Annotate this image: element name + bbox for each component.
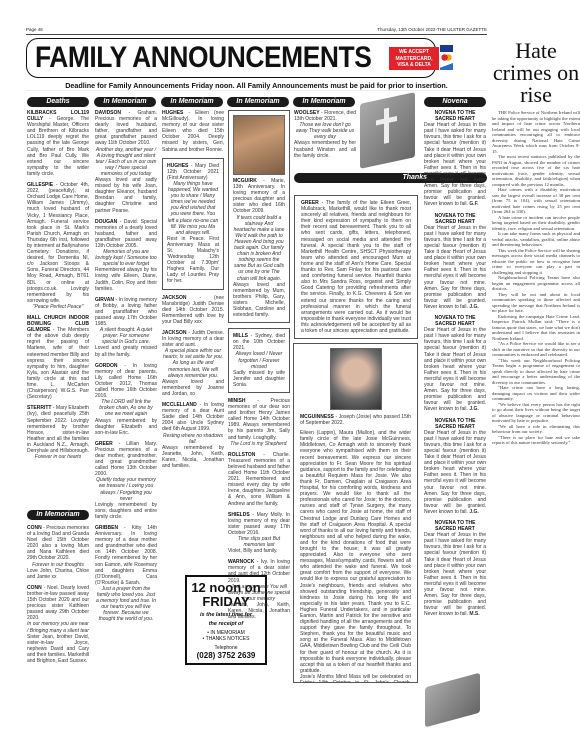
notice: WOOLSEY - Florence, died 13th October 20… (294, 110, 356, 159)
notice: CONN - Noel. Dearly loved brother-in-law… (27, 585, 89, 664)
novena-prayer: NOVENA TO THE SACRED HEARTDear Heart of … (424, 520, 486, 618)
news-paragraph: "As a Police Service we would like to se… (492, 341, 580, 358)
cross-icon (384, 108, 389, 144)
news-paragraph: The most recent statistics published by … (492, 154, 580, 187)
boxed-notice: MCGUIRK - Marie, 13th Anniversary. In lo… (228, 110, 290, 323)
section-header-novena: Novena (424, 97, 486, 107)
deaths-column: KILBRACKS LOL119 CULLY - George. The Wor… (27, 110, 89, 465)
news-paragraph: Neighbourhood Policing Teams have also b… (492, 275, 580, 292)
news-paragraph: Hate crimes with a disability motivation… (492, 187, 580, 215)
news-paragraph: A hate crime or incident can involve peo… (492, 215, 580, 232)
news-paragraph: This week the Police Service will be sha… (492, 248, 580, 276)
notice: WARNOCK - Ivy. In loving memory of a dea… (228, 559, 290, 620)
news-paragraph: "Hate crime can have a long lasting, dam… (492, 385, 580, 402)
card-accept-badge: WE ACCEPT MASTERCARD, VISA & DELTA (389, 47, 439, 70)
notice: JACKSON - (nee Mansbridge) Judith Denise… (162, 295, 224, 325)
novena-prayer: NOVENA TO THE SACRED HEARTDear Heart of … (424, 418, 486, 516)
news-headline: Hate crimes on rise (492, 40, 580, 106)
notice: GIRVAN - In loving memory of Bobby, a lo… (95, 297, 157, 358)
section-header-deaths: Deaths (27, 97, 89, 107)
card-logos (440, 44, 456, 74)
section-header-in-memoriam: In Memoriam (27, 510, 89, 520)
page-number: Page 46 (26, 27, 43, 34)
banner-title: FAMILY ANNOUNCEMENTS (35, 41, 371, 75)
boxed-notice: MILLS - Sydney, died on the 10th October… (228, 328, 290, 393)
portrait-photo (233, 115, 285, 175)
notice: JACKSON - Judith Denise. In loving memor… (162, 330, 224, 397)
news-paragraph: Endorsing the campaign Hate Crime Lead, … (492, 314, 580, 342)
news-paragraph: "We all have a role in eliminating this … (492, 424, 580, 435)
ad-line: • THANKS NOTICES (187, 636, 265, 642)
news-paragraph: THE Police Service of Northern Ireland w… (492, 110, 580, 154)
section-header-in-memoriam: In Memoriam (161, 97, 223, 107)
months-mind-mass: Josie's Months Mind Mass will be celebra… (300, 674, 411, 683)
delta-icon (440, 63, 453, 70)
page-header: Page 46 Thursday, 13th October 2022-THE … (26, 27, 487, 35)
news-paragraph: "This week our Neighbourhood Policing Te… (492, 358, 580, 386)
notice: SHIELDS - Mary Molly. In loving memory o… (228, 512, 290, 555)
bible-icon (425, 673, 480, 728)
in-memoriam-column-1: CONN - Precious memories of a loving Dad… (27, 525, 89, 669)
notice: CONN - Precious memories of a loving Dad… (27, 525, 89, 580)
notice: GILLESPIE - October 4th, 2022, (peaceful… (27, 182, 89, 310)
section-header-in-memoriam: In Memoriam (227, 97, 289, 107)
notice: GORDON - In loving memory of dear parent… (95, 363, 157, 436)
news-body: THE Police Service of Northern Ireland w… (492, 110, 580, 446)
mastercard-icon (440, 54, 453, 61)
accept-line: VISA & DELTA (389, 62, 439, 69)
notice: DAVIDSON - Graham. Precious memories of … (95, 110, 157, 214)
thanks-body: Eileen (Lappin), Maura (Mallon), and the… (300, 430, 411, 674)
deadline-notice: Deadline for Family Announcements Friday… (26, 81, 487, 91)
notice: HUGHES - Eileen (nee McGilloudy). In lov… (162, 110, 224, 153)
in-memoriam-column-4: MCGUIRK - Marie, 13th Anniversary. In lo… (228, 110, 290, 625)
thanks-notice-mcguinness: MCGUINNESS - Joseph (Josie) who passed 1… (293, 343, 418, 683)
visa-icon (440, 45, 453, 52)
in-memoriam-column-2: DAVIDSON - Graham. Precious memories of … (95, 110, 157, 628)
notice: MCCLELLAND - In loving memory of a dear … (162, 402, 224, 469)
dateline: Thursday, 13th October 2022-THE ULSTER G… (377, 27, 487, 34)
in-memoriam-column-3: HUGHES - Eileen (nee McGilloudy). In lov… (162, 110, 224, 474)
section-header-in-memoriam: In Memoriam (94, 97, 156, 107)
news-paragraph: They will be out and about in local comm… (492, 292, 580, 314)
section-header-in-memoriam: In Memoriam (293, 97, 355, 107)
thanks-notice-greer: GREER - The family of the late Eileen Gr… (294, 195, 418, 339)
news-paragraph: "There is no place for hate and we take … (492, 435, 580, 446)
notice: GRIBBEN - Kitty 14th Anniversary. In lov… (95, 525, 157, 623)
novena-prayer: NOVENA TO THE SACRED HEARTDear Heart of … (424, 315, 486, 413)
notice: MALL CHURCH INDOOR BOWLING CLUB GILMORE … (27, 315, 89, 400)
portrait-photo (330, 348, 382, 410)
novena-column: NOVENA TO THE SACRED HEARTDear Heart of … (424, 110, 486, 670)
notice: KILBRACKS LOL119 CULLY - George. The Wor… (27, 110, 89, 177)
news-paragraph: It can take many forms such as physical … (492, 231, 580, 248)
novena-prayer: NOVENA TO THE SACRED HEARTDear Heart of … (424, 213, 486, 311)
notice: ROLLSTON - Charlie. Treasured memories o… (228, 452, 290, 507)
family-announcements-banner: FAMILY ANNOUNCEMENTS WE ACCEPT MASTERCAR… (26, 38, 436, 78)
bible-icon (360, 92, 415, 169)
ad-phone: (028) 3752 2639 (187, 651, 265, 660)
news-paragraph: "We believe that every person has the ri… (492, 402, 580, 424)
notice: STERRITT - Mary Elizabeth (Ivy), died pe… (27, 405, 89, 460)
notice: MINISH - Precious memories of our dear s… (228, 398, 290, 447)
notice: GREER - Lillian Mary. Precious memories … (95, 441, 157, 520)
news-article: Hate crimes on rise THE Police Service o… (492, 40, 580, 446)
in-memoriam-column-5: WOOLSEY - Florence, died 13th October 20… (294, 110, 356, 164)
novena-prayer: NOVENA TO THE SACRED HEARTDear Heart of … (424, 110, 486, 208)
boxed-notice: HUGHES - Mary Died 12th October 2021 (Fi… (162, 158, 224, 290)
notice: DOUGAN - David. Special memories of a de… (95, 219, 157, 292)
